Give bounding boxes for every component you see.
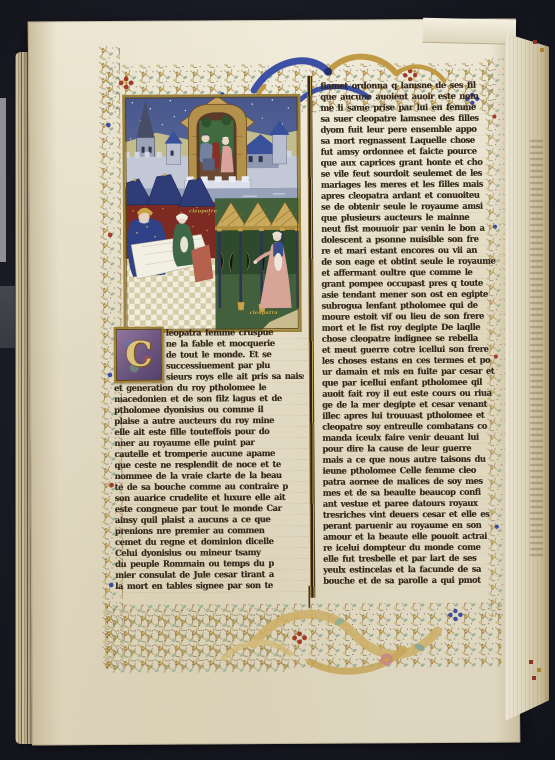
manuscript-page: cleopatra cleopatra C leopatra femme cru… — [28, 19, 520, 746]
background-object — [0, 98, 6, 262]
text-line: successiuement par plu — [166, 361, 304, 373]
text-line: la mort en tables signee par son te — [115, 581, 303, 593]
bedroom-scene — [123, 173, 216, 333]
right-text-column: fiamet ordonna q lamsne de ses filque au… — [320, 81, 511, 590]
miniature-caption: cleopatra — [189, 209, 217, 214]
left-text-column: leopatra femme cruspuene la fable et moc… — [114, 328, 310, 595]
text-line: ne la fable et mocquerie — [166, 339, 304, 351]
manuscript-photo: cleopatra cleopatra C leopatra femme cru… — [0, 0, 555, 760]
hanging-pot — [238, 302, 245, 310]
edge-decoration-speck — [533, 40, 537, 44]
edge-decoration-speck — [537, 668, 541, 672]
text-line: bouche et de sa parolle a qui pmot — [323, 576, 505, 588]
miniature-caption: cleopatra — [250, 311, 278, 316]
text-line: sieurs roys elle ait pris sa naissance — [166, 372, 304, 384]
edge-decoration-speck — [540, 48, 544, 52]
fore-edge-text-showthrough — [530, 140, 543, 560]
edge-decoration-speck — [532, 676, 536, 680]
text-line: de tout le monde. Et se — [166, 350, 304, 362]
text-line: leopatra femme cruspue — [166, 328, 304, 340]
edge-decoration-speck — [529, 660, 533, 664]
bottom-floral-border — [103, 581, 502, 687]
